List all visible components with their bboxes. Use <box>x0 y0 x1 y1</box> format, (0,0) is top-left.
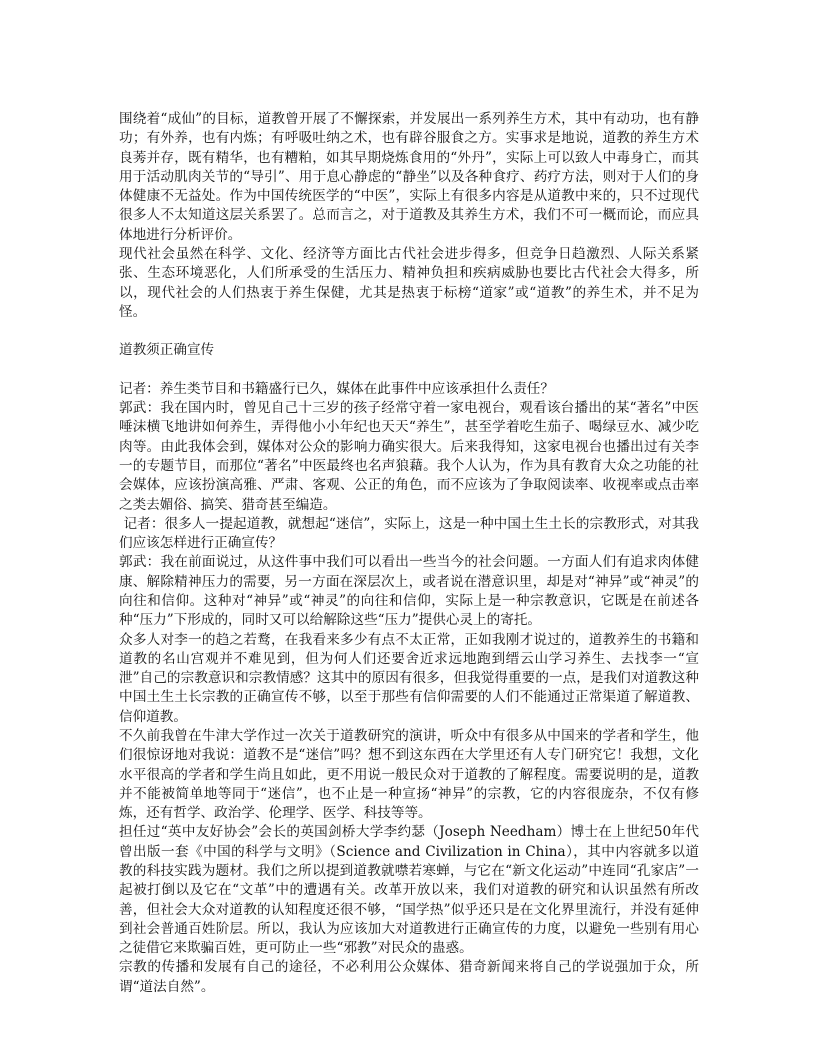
answer-paragraph-5: 担任过“英中友好协会”会长的英国剑桥大学李约瑟（Joseph Needham）博… <box>119 823 699 958</box>
answer-paragraph-4: 不久前我曾在牛津大学作过一次关于道教研究的演讲，听众中有很多从中国来的学者和学生… <box>119 727 699 823</box>
intro-paragraph-1: 围绕着“成仙”的目标，道教曾开展了不懈探索，并发展出一系列养生方术，其中有动功，… <box>119 110 699 245</box>
section-heading: 道教须正确宣传 <box>119 341 699 360</box>
intro-paragraph-2: 现代社会虽然在科学、文化、经济等方面比古代社会进步得多，但竞争日趋激烈、人际关系… <box>119 245 699 322</box>
interview-answer-2: 郭武：我在前面说过，从这件事中我们可以看出一些当今的社会问题。一方面人们有追求肉… <box>119 553 699 630</box>
interview-answer-1: 郭武：我在国内时，曾见自己十三岁的孩子经常守着一家电视台，观看该台播出的某“著名… <box>119 399 699 515</box>
document-page: 围绕着“成仙”的目标，道教曾开展了不懈探索，并发展出一系列养生方术，其中有动功，… <box>119 110 699 997</box>
interview-question-2: 记者：很多人一提起道教，就想起“迷信”，实际上，这是一种中国土生土长的宗教形式，… <box>119 515 699 554</box>
answer-paragraph-3: 众多人对李一的趋之若鹜，在我看来多少有点不太正常，正如我刚才说过的，道教养生的书… <box>119 631 699 727</box>
blank-line <box>119 322 699 341</box>
interview-question-1: 记者：养生类节目和书籍盛行已久，媒体在此事件中应该承担什么责任？ <box>119 380 699 399</box>
answer-paragraph-6: 宗教的传播和发展有自己的途径，不必利用公众媒体、猎奇新闻来将自己的学说强加于众，… <box>119 958 699 997</box>
blank-line <box>119 361 699 380</box>
